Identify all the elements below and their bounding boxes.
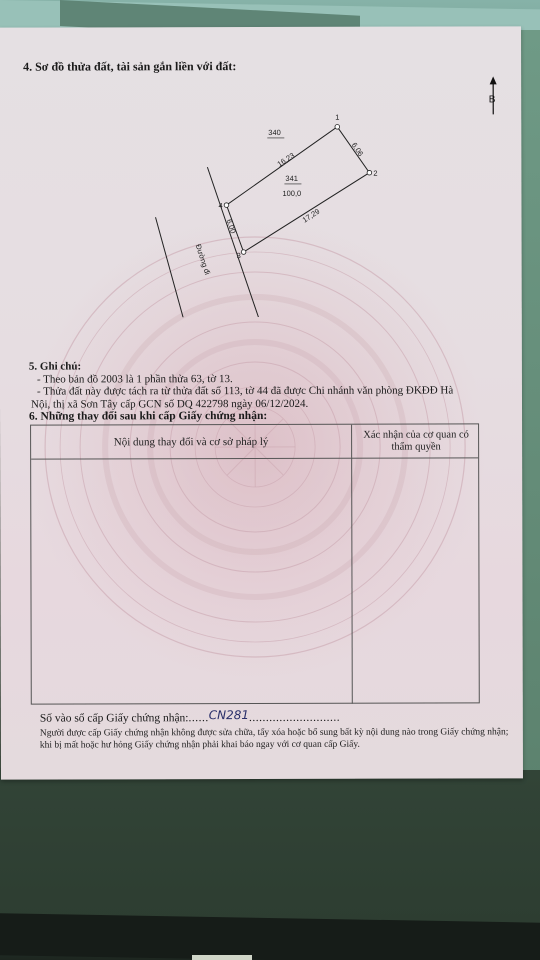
section-5-notes: 5. Ghi chú: - Theo bản đồ 2003 là 1 phần… xyxy=(29,359,499,410)
registry-label: Số vào sổ cấp Giấy chứng nhận: xyxy=(40,712,189,724)
section-4-title: 4. Sơ đồ thửa đất, tài sản gắn liền với … xyxy=(23,59,236,75)
point-2-label: 2 xyxy=(373,169,377,178)
point-4-marker xyxy=(224,203,229,208)
registry-number-line: Số vào sổ cấp Giấy chứng nhận:......CN28… xyxy=(40,710,340,725)
background-object xyxy=(192,955,252,960)
edge-length-1-2: 6,06 xyxy=(350,141,366,158)
edge-length-4-1: 16,23 xyxy=(276,151,297,169)
point-4-label: 4 xyxy=(218,201,222,210)
column-header-confirmation-label: Xác nhận của cơ quan có thẩm quyền xyxy=(361,429,471,453)
registry-dots-before: ...... xyxy=(188,712,208,724)
edge-length-2-3: 17,29 xyxy=(301,207,322,225)
road-label: Đường đi xyxy=(194,243,213,276)
point-3-marker xyxy=(241,250,246,255)
section-6-title: 6. Những thay đổi sau khi cấp Giấy chứng… xyxy=(29,410,267,423)
section-5-title: 5. Ghi chú: xyxy=(29,359,499,373)
registry-dots-after: ........................... xyxy=(249,712,340,724)
changes-table-header: Nội dung thay đổi và cơ sở pháp lý Xác n… xyxy=(31,424,478,459)
road-line-west xyxy=(156,217,186,317)
edge-length-3-4: 6,00 xyxy=(225,218,238,235)
column-header-content: Nội dung thay đổi và cơ sở pháp lý xyxy=(31,425,351,459)
road-line-east xyxy=(207,167,261,317)
parcel-area: 100,0 xyxy=(282,189,301,198)
point-1-marker xyxy=(335,124,340,129)
certificate-page: 4. Sơ đồ thửa đất, tài sản gắn liền với … xyxy=(0,26,523,779)
registry-number-handwritten: CN281 xyxy=(209,708,249,722)
column-divider xyxy=(351,458,353,704)
note-line-1: - Theo bản đồ 2003 là 1 phần thửa 63, tờ… xyxy=(29,372,499,386)
parcel-number: 341 xyxy=(285,174,298,183)
land-plot-sketch: 1 2 3 4 340 341 100,0 16,23 6,06 17,29 6… xyxy=(139,77,400,318)
north-arrow-icon: B xyxy=(483,74,503,124)
point-1-label: 1 xyxy=(335,113,339,122)
note-line-2: - Thửa đất này được tách ra từ thửa đất … xyxy=(29,384,499,398)
svg-text:B: B xyxy=(489,94,496,105)
neighbor-parcel-number: 340 xyxy=(268,128,281,137)
legal-warning: Người được cấp Giấy chứng nhận không đượ… xyxy=(40,727,510,751)
changes-table: Nội dung thay đổi và cơ sở pháp lý Xác n… xyxy=(30,423,480,704)
point-3-label: 3 xyxy=(237,251,241,260)
note-line-3: Nội, thị xã Sơn Tây cấp GCN số DQ 422798… xyxy=(29,397,499,411)
point-2-marker xyxy=(367,170,372,175)
column-header-confirmation: Xác nhận của cơ quan có thẩm quyền xyxy=(351,424,480,457)
